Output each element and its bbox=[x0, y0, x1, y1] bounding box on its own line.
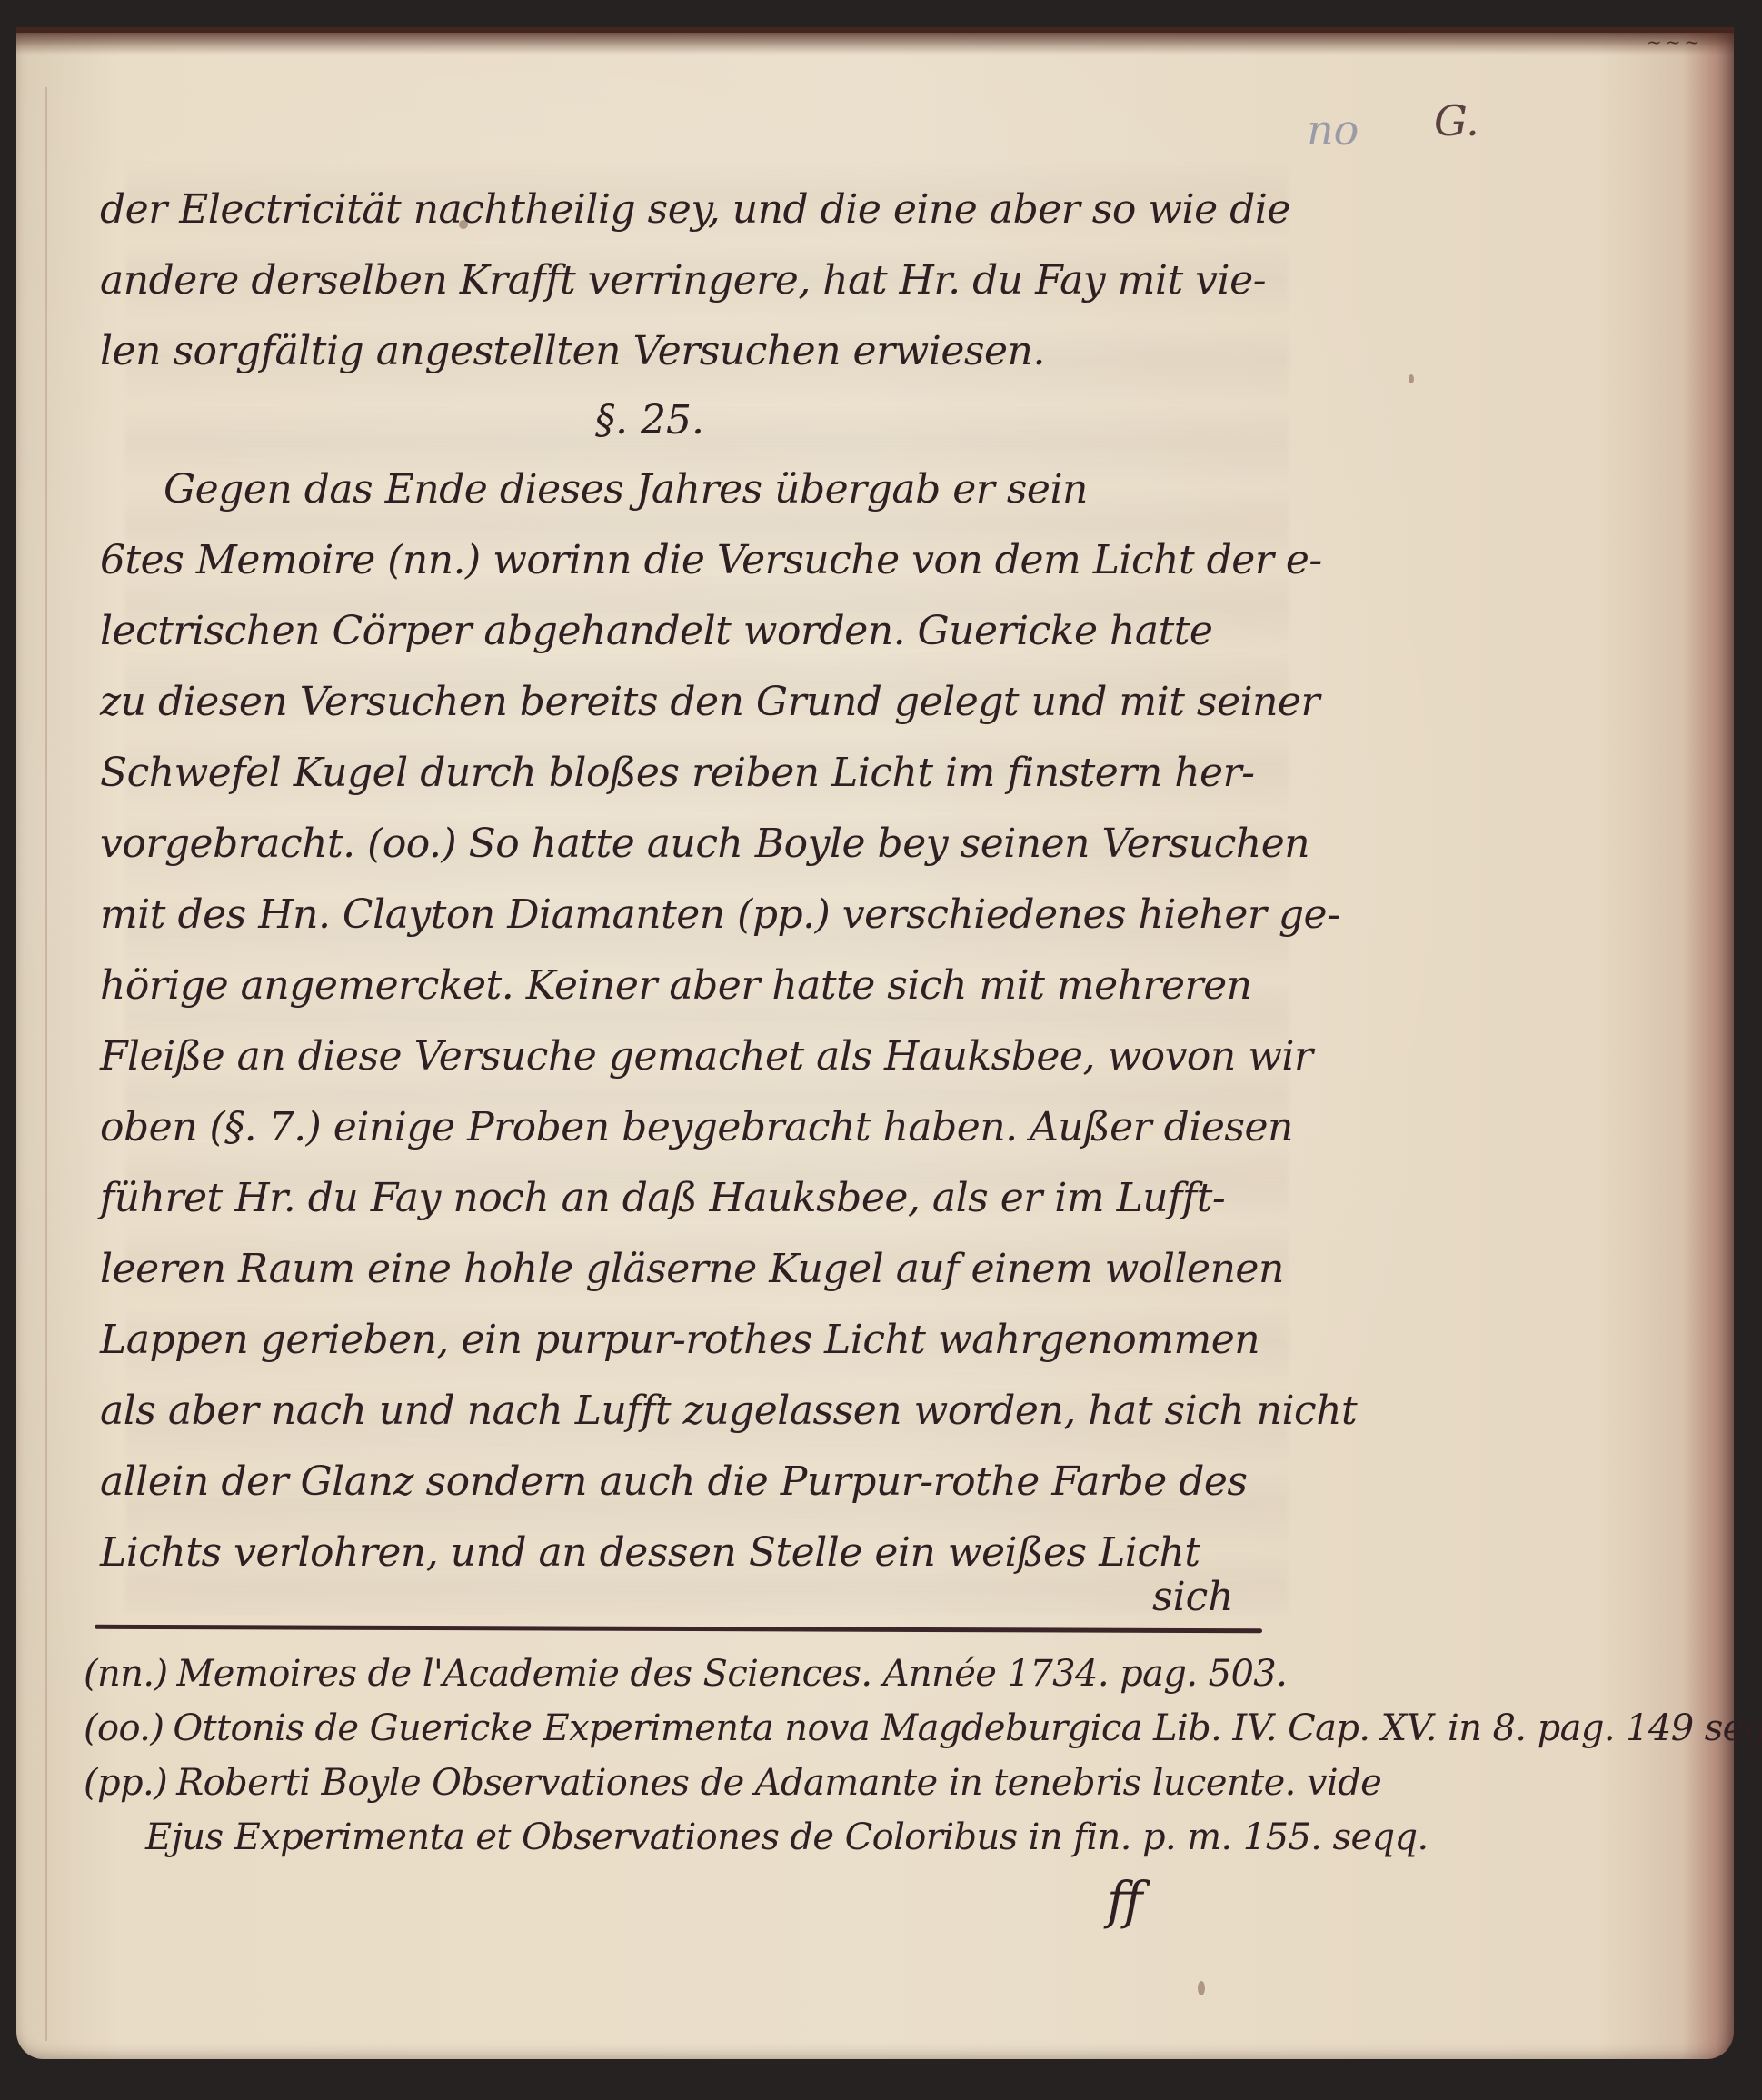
text-line: allein der Glanz sondern auch die Purpur… bbox=[100, 1447, 1281, 1518]
text-line: lectrischen Cörper abgehandelt worden. G… bbox=[100, 596, 1281, 667]
end-flourish: ff bbox=[1107, 1872, 1143, 1931]
footnote-pp: (pp.)Roberti Boyle Observationes de Adam… bbox=[84, 1756, 1374, 1810]
text-line: Fleiße an diese Versuche gemachet als Ha… bbox=[100, 1021, 1281, 1092]
section-heading: §. 25. bbox=[100, 387, 1281, 454]
footnotes: (nn.)Memoires de l'Academie des Sciences… bbox=[84, 1647, 1374, 1865]
main-text: der Electricität nachtheilig sey, und di… bbox=[100, 174, 1281, 1588]
footnote-marker: (pp.) bbox=[84, 1762, 167, 1804]
footnote-nn: (nn.)Memoires de l'Academie des Sciences… bbox=[84, 1647, 1374, 1701]
text-line: als aber nach und nach Lufft zugelassen … bbox=[100, 1376, 1281, 1447]
text-line: andere derselben Krafft verringere, hat … bbox=[100, 245, 1281, 316]
footnote-pp-continued: Ejus Experimenta et Observationes de Col… bbox=[84, 1810, 1374, 1865]
ink-spot bbox=[1409, 374, 1414, 383]
text-line: Gegen das Ende dieses Jahres übergab er … bbox=[100, 454, 1281, 525]
ink-spot bbox=[459, 220, 468, 229]
footnote-text: Ejus Experimenta et Observationes de Col… bbox=[145, 1816, 1429, 1858]
text-line: leeren Raum eine hohle gläserne Kugel au… bbox=[100, 1234, 1281, 1305]
footnote-text: Roberti Boyle Observationes de Adamante … bbox=[176, 1762, 1381, 1804]
text-line: len sorgfältig angestellten Versuchen er… bbox=[100, 316, 1281, 387]
text-line: zu diesen Versuchen bereits den Grund ge… bbox=[100, 667, 1281, 738]
archive-ink-mark: G. bbox=[1434, 96, 1479, 145]
text-line: 6tes Memoire (nn.) worinn die Versuche v… bbox=[100, 525, 1281, 596]
footnote-text: Memoires de l'Academie des Sciences. Ann… bbox=[176, 1653, 1287, 1695]
footnote-marker: (oo.) bbox=[84, 1707, 164, 1749]
footnote-marker: (nn.) bbox=[84, 1653, 167, 1695]
footnote-text: Ottonis de Guericke Experimenta nova Mag… bbox=[173, 1707, 1762, 1749]
footnote-oo: (oo.)Ottonis de Guericke Experimenta nov… bbox=[84, 1701, 1374, 1756]
text-line: hörige angemercket. Keiner aber hatte si… bbox=[100, 950, 1281, 1021]
text-line: mit des Hn. Clayton Diamanten (pp.) vers… bbox=[100, 880, 1281, 950]
catchword: sich bbox=[1152, 1574, 1234, 1620]
text-line: Schwefel Kugel durch bloßes reiben Licht… bbox=[100, 738, 1281, 809]
ink-spot bbox=[1198, 1981, 1205, 1995]
gutter-line bbox=[45, 87, 47, 2041]
text-line: der Electricität nachtheilig sey, und di… bbox=[100, 174, 1281, 245]
archive-pencil-mark: no bbox=[1307, 105, 1359, 154]
text-line: oben (§. 7.) einige Proben beygebracht h… bbox=[100, 1092, 1281, 1163]
text-line: vorgebracht. (oo.) So hatte auch Boyle b… bbox=[100, 809, 1281, 880]
corner-mark: ~~~ bbox=[1647, 31, 1701, 51]
text-line: Lappen gerieben, ein purpur-rothes Licht… bbox=[100, 1305, 1281, 1376]
text-line: Lichts verlohren, und an dessen Stelle e… bbox=[100, 1518, 1281, 1588]
text-line: führet Hr. du Fay noch an daß Hauksbee, … bbox=[100, 1163, 1281, 1234]
